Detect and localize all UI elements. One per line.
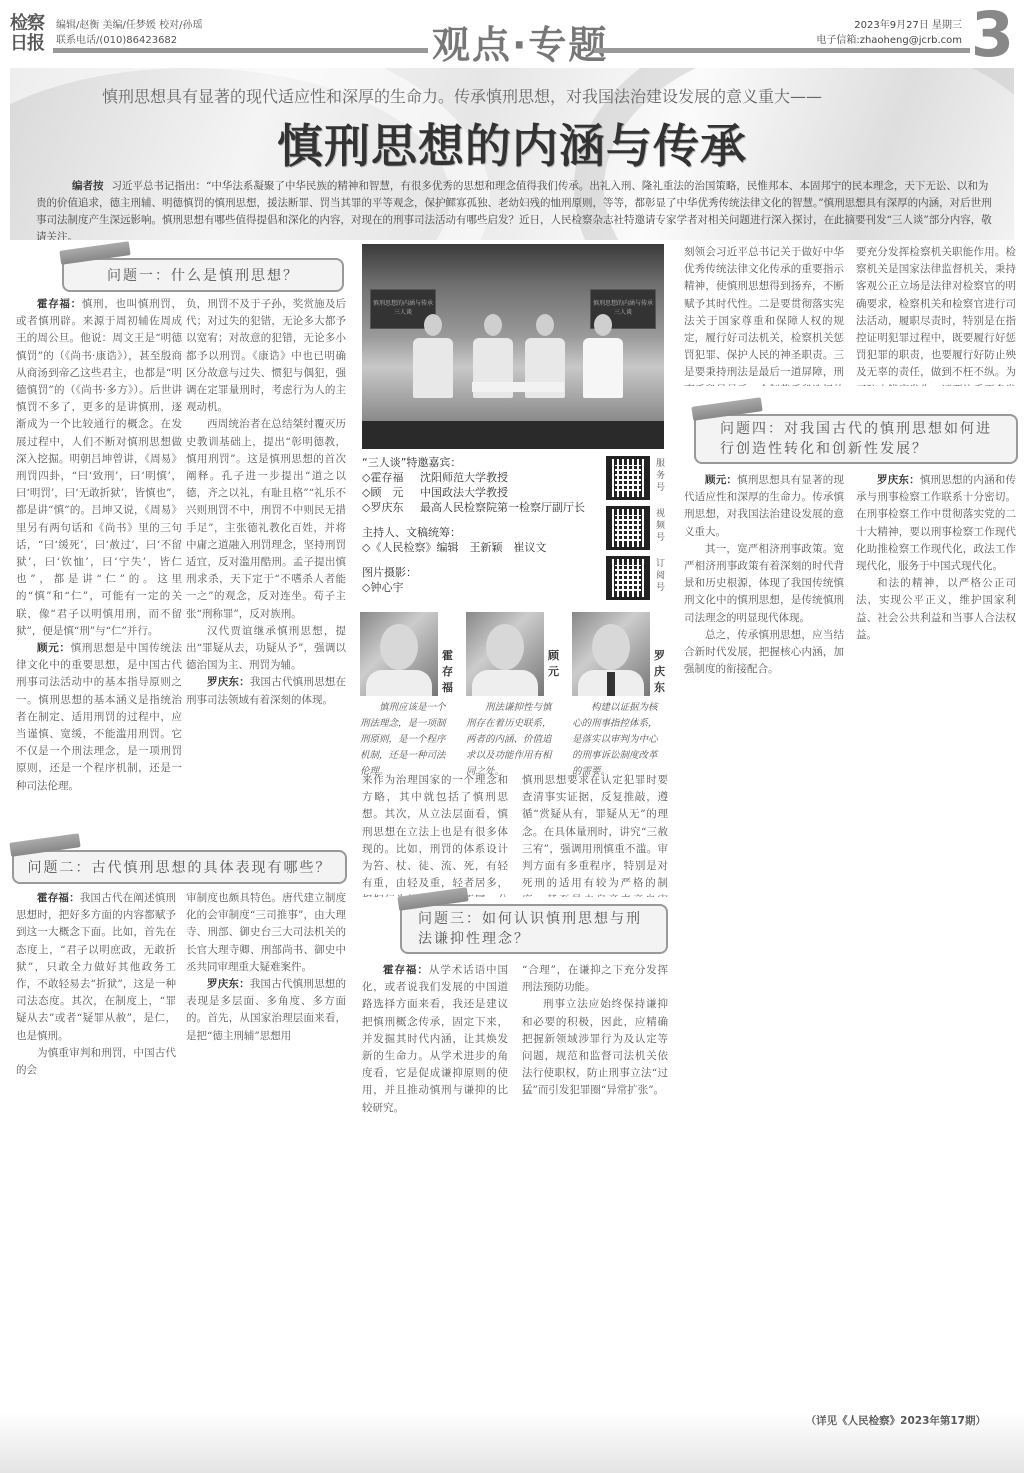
paragraph: 刑事立法应始终保持谦抑和必要的积极，因此，应精确把握新领域涉罪行为及认定等问题，… bbox=[522, 996, 668, 1099]
portrait-name: 霍存福 bbox=[442, 648, 454, 696]
masthead: 检察 日报 编辑/赵衡 美编/任梦媛 校对/孙瑶 联系电话/(010)86423… bbox=[0, 0, 1024, 68]
section-title: 观点·专题 bbox=[432, 14, 608, 69]
qr-code-video[interactable] bbox=[606, 506, 650, 550]
speaker-name: 霍存福： bbox=[37, 298, 82, 310]
headline-subtitle: 慎刑思想具有显著的现代适应性和深厚的生命力。传承慎刑思想，对我国法治建设发展的意… bbox=[102, 84, 822, 107]
newspaper-logo: 检察 日报 bbox=[10, 14, 54, 58]
portrait-quote: 构建以证据为核心的刑事指控体系，是落实以审判为中心的刑事诉讼制度改革的需要。 bbox=[572, 700, 664, 780]
host-names: ◇《人民检察》编辑 王新颖 崔议文 bbox=[362, 540, 592, 555]
portrait-name: 罗庆东 bbox=[654, 648, 666, 696]
speaker-name: 顾元： bbox=[37, 642, 71, 654]
guest-info: “三人谈”特邀嘉宾： ◇霍存福沈阳师范大学教授 ◇顾 元中国政法大学教授 ◇罗庆… bbox=[362, 455, 592, 595]
editor-note-label: 编者按 bbox=[72, 180, 104, 192]
guest-row: ◇顾 元中国政法大学教授 bbox=[362, 485, 592, 500]
paragraph: 来作为治理国家的一个理念和方略，其中就包括了慎刑思想。其次，从立法层面看，慎刑思… bbox=[362, 772, 508, 897]
paragraph: 审制度也颇具特色。唐代建立制度化的会审制度“三司推事”，由大理寺、刑部、御史台三… bbox=[186, 890, 346, 976]
portrait-quote: 刑法谦抑性与慎刑存在着历史联系，两者的内涵、价值追求以及功能作用有相同之处。 bbox=[466, 700, 558, 780]
portrait-luo-qingdong bbox=[572, 612, 650, 696]
guest-title: 沈阳师范大学教授 bbox=[420, 471, 508, 484]
paragraph: 慎刑，也叫慎刑罚，或者慎刑辟。来源于周初辅佐周成王的周公旦。他说：周文王是“明德… bbox=[16, 298, 182, 637]
portrait-quote: 慎刑应该是一个刑法理念，是一项制刑原则，是一个程序机制，还是一种司法伦理。 bbox=[360, 700, 452, 780]
photographer: ◇钟心宇 bbox=[362, 580, 592, 595]
paragraph: 汉代贾谊继承慎刑思想，提出“罪疑从去，功疑从予”，强调以德治国为主、刑罚为辅。 bbox=[186, 623, 346, 675]
contact-phone: 联系电话/(010)86423682 bbox=[56, 33, 202, 48]
credits: 编辑/赵衡 美编/任梦媛 校对/孙瑶 联系电话/(010)86423682 bbox=[56, 18, 202, 48]
guest-name: ◇顾 元 bbox=[362, 485, 420, 500]
speaker-name: 霍存福： bbox=[383, 964, 429, 976]
guest-row: ◇霍存福沈阳师范大学教授 bbox=[362, 470, 592, 485]
q2-column-left: 霍存福：我国古代在阐述慎刑思想时，把好多方面的内容都赋予到这一大概念下面。比如，… bbox=[16, 890, 176, 1420]
divider-rule bbox=[53, 48, 428, 53]
guests-title: “三人谈”特邀嘉宾： bbox=[362, 455, 592, 470]
guest-name: ◇霍存福 bbox=[362, 470, 420, 485]
hero-banner: 慎刑思想具有显著的现代适应性和深厚的生命力。传承慎刑思想，对我国法治建设发展的意… bbox=[10, 68, 1014, 240]
guest-figure bbox=[470, 314, 516, 414]
qr-code-subscription[interactable] bbox=[606, 556, 650, 600]
question-2-text: 问题二：古代慎刑思想的具体表现有哪些？ bbox=[14, 852, 345, 882]
paragraph: 总之，传承慎刑思想，应当结合新时代发展，把握核心内涵，加强制度的衔接配合。 bbox=[684, 627, 844, 679]
q4-column-right: 罗庆东：慎刑思想的内涵和传承与刑事检察工作联系十分密切。在刑事检察工作中贯彻落实… bbox=[856, 472, 1016, 1402]
host-title: 主持人、文稿统筹： bbox=[362, 525, 592, 540]
question-3-header: 问题三：如何认识慎刑思想与刑法谦抑性理念？ bbox=[400, 904, 668, 954]
right-top-right-column: 要充分发挥检察机关职能作用。检察机关是国家法律监督机关，秉持客观公正立场是法律对… bbox=[856, 244, 1016, 386]
speaker-name: 罗庆东： bbox=[207, 676, 250, 688]
logo-line-1: 检察 bbox=[10, 14, 54, 34]
speaker-name: 罗庆东： bbox=[877, 474, 920, 486]
guest-name: ◇罗庆东 bbox=[362, 500, 420, 515]
question-2-header: 问题二：古代慎刑思想的具体表现有哪些？ bbox=[12, 850, 347, 884]
host-figure bbox=[580, 314, 626, 414]
guest-figure bbox=[522, 314, 568, 414]
photo-credit-title: 图片摄影： bbox=[362, 565, 592, 580]
divider-rule bbox=[594, 48, 970, 53]
logo-line-2: 日报 bbox=[10, 34, 54, 54]
right-top-left-column: 刻领会习近平总书记关于做好中华优秀传统法律文化传承的重要指示精神，使慎刑思想得到… bbox=[684, 244, 844, 386]
portrait-gu-yuan bbox=[466, 612, 544, 696]
paragraph: 西周统治者在总结桀纣覆灭历史教训基础上，提出“彰明德教，慎用刑罚”。这是慎刑思想… bbox=[186, 416, 346, 622]
headline-title: 慎刑思想的内涵与传承 bbox=[10, 110, 1014, 176]
qr-label: 服务号 bbox=[656, 458, 666, 494]
date-block: 2023年9月27日 星期三 电子信箱:zhaoheng@jcrb.com bbox=[816, 18, 962, 48]
guest-figure bbox=[410, 314, 456, 414]
paragraph: 为慎重审判和刑罚，中国古代的会 bbox=[16, 1045, 176, 1079]
question-3-text: 问题三：如何认识慎刑思想与刑法谦抑性理念？ bbox=[402, 906, 666, 952]
paragraph: 要充分发挥检察机关职能作用。检察机关是国家法律监督机关，秉持客观公正立场是法律对… bbox=[856, 244, 1016, 386]
paragraph: 其一，宽严相济刑事政策。宽严相济刑事政策有着深刻的时代背景和历史根源，体现了我国… bbox=[684, 541, 844, 627]
speaker-name: 顾元： bbox=[705, 474, 737, 486]
portrait-name: 顾元 bbox=[548, 648, 560, 680]
studio-photo: 慎刑思想的内涵与传承 三人谈 慎刑思想的内涵与传承 三人谈 bbox=[362, 244, 664, 449]
paragraph: 慎刑思想的内涵和传承与刑事检察工作联系十分密切。在刑事检察工作中贯彻落实党的二十… bbox=[856, 474, 1016, 572]
qr-label: 订阅号 bbox=[656, 558, 666, 594]
question-4-header: 问题四：对我国古代的慎刑思想如何进行创造性转化和创新性发展？ bbox=[694, 414, 1018, 464]
paragraph: 我国古代在阐述慎刑思想时，把好多方面的内容都赋予到这一大概念下面。比如，首先在态… bbox=[16, 892, 176, 1042]
question-1-text: 问题一：什么是慎刑思想？ bbox=[64, 260, 342, 290]
q1-column-right: 负，刑罚不及于子孙，奖赏施及后代；对过失的犯错，无论多大都予以宽宥；对故意的犯错… bbox=[186, 296, 346, 856]
paragraph: 慎刑思想是中国传统法律文化中的重要思想，是中国古代刑事司法活动中的基本指导原则之… bbox=[16, 642, 182, 792]
q2-continuation-right: 慎刑思想要求在认定犯罪时要查清事实证据，反复推敲，遵循“赏疑从有，罪疑从无”的理… bbox=[522, 772, 668, 897]
q3-column-left: 霍存福：从学术话语中国化，或者说我们发展的中国道路选择方面来看，我还是建议把慎刑… bbox=[362, 962, 508, 1412]
page-number: 3 bbox=[971, 4, 1014, 66]
paragraph: 负，刑罚不及于子孙，奖赏施及后代；对过失的犯错，无论多大都予以宽宥；对故意的犯错… bbox=[186, 296, 346, 416]
issue-date: 2023年9月27日 星期三 bbox=[816, 18, 962, 33]
studio-table bbox=[472, 382, 564, 392]
q3-column-right: “合理”，在谦抑之下充分发挥刑法预防功能。 刑事立法应始终保持谦抑和必要的积极，… bbox=[522, 962, 668, 1412]
guest-row: ◇罗庆东最高人民检察院第一检察厅副厅长 bbox=[362, 500, 592, 515]
paragraph: 从学术话语中国化，或者说我们发展的中国道路选择方面来看，我还是建议把慎刑概念传承… bbox=[362, 964, 508, 1114]
paragraph: “合理”，在谦抑之下充分发挥刑法预防功能。 bbox=[522, 962, 668, 996]
question-1-header: 问题一：什么是慎刑思想？ bbox=[62, 258, 344, 292]
portrait-huo-cunfu bbox=[360, 612, 438, 696]
question-4-text: 问题四：对我国古代的慎刑思想如何进行创造性转化和创新性发展？ bbox=[696, 416, 1016, 462]
paragraph: 刻领会习近平总书记关于做好中华优秀传统法律文化传承的重要指示精神，使慎刑思想得到… bbox=[684, 244, 844, 386]
qr-label: 视频号 bbox=[656, 508, 666, 544]
qr-code-service[interactable] bbox=[606, 456, 650, 500]
guest-title: 最高人民检察院第一检察厅副厅长 bbox=[420, 501, 585, 514]
paragraph: 和法的精神，以严格公正司法，实现公平正义，维护国家利益、社会公共利益和当事人合法… bbox=[856, 575, 1016, 644]
editor-credits: 编辑/赵衡 美编/任梦媛 校对/孙瑶 bbox=[56, 18, 202, 33]
q2-continuation-left: 来作为治理国家的一个理念和方略，其中就包括了慎刑思想。其次，从立法层面看，慎刑思… bbox=[362, 772, 508, 897]
paragraph: 慎刑思想要求在认定犯罪时要查清事实证据，反复推敲，遵循“赏疑从有，罪疑从无”的理… bbox=[522, 772, 668, 897]
editor-note: 编者按习近平总书记指出：“中华法系凝聚了中华民族的精神和智慧，有很多优秀的思想和… bbox=[36, 178, 996, 240]
q1-column-left: 霍存福：慎刑，也叫慎刑罚，或者慎刑辟。来源于周初辅佐周成王的周公旦。他说：周文王… bbox=[16, 296, 182, 856]
contact-email: 电子信箱:zhaoheng@jcrb.com bbox=[816, 33, 962, 48]
editor-note-text: 习近平总书记指出：“中华法系凝聚了中华民族的精神和智慧，有很多优秀的思想和理念值… bbox=[36, 180, 992, 240]
speaker-name: 霍存福： bbox=[37, 892, 80, 904]
speaker-name: 罗庆东： bbox=[207, 978, 250, 990]
studio-floor bbox=[362, 421, 664, 449]
q2-column-right: 审制度也颇具特色。唐代建立制度化的会审制度“三司推事”，由大理寺、刑部、御史台三… bbox=[186, 890, 346, 1420]
q4-column-left: 顾元：慎刑思想具有显著的现代适应性和深厚的生命力。传承慎刑思想，对我国法治建设发… bbox=[684, 472, 844, 1402]
decorative-footer-wave bbox=[0, 1413, 1024, 1473]
guest-title: 中国政法大学教授 bbox=[420, 486, 508, 499]
